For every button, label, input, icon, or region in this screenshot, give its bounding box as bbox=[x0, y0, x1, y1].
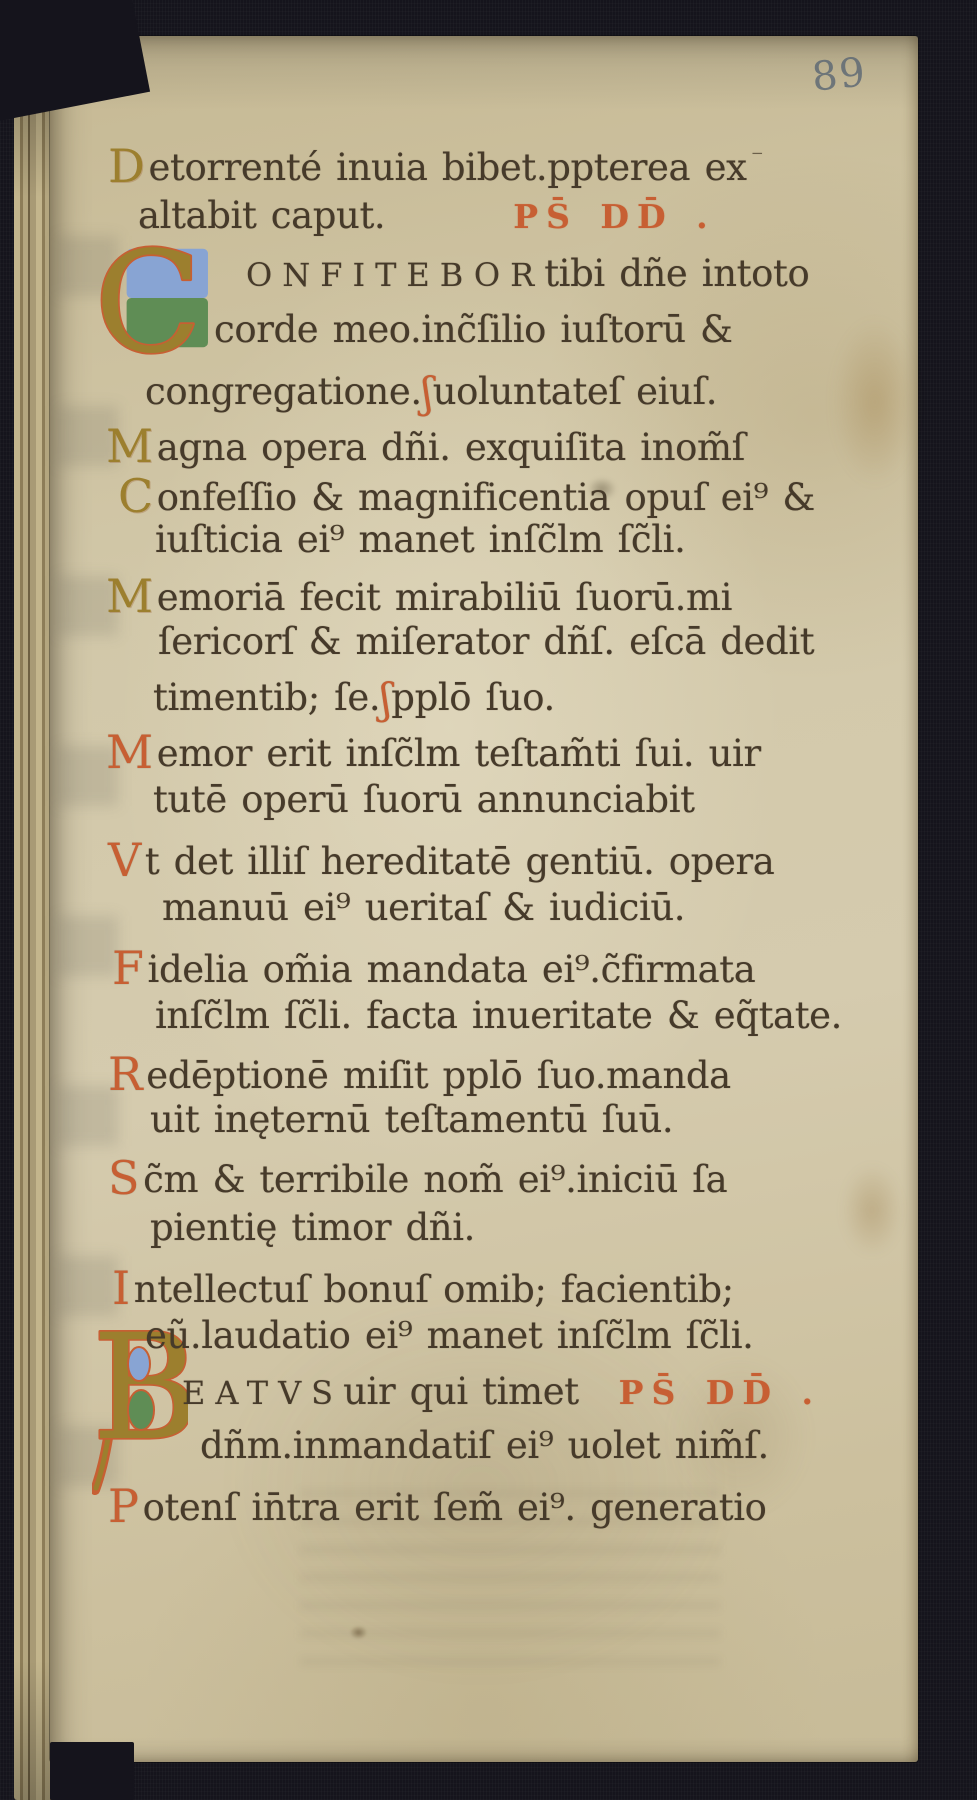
text-line: Magna opera dñi. exquiſita inom̃ſ bbox=[106, 421, 745, 467]
text-run: pplō ſuo. bbox=[391, 679, 555, 716]
verse-initial: D bbox=[108, 143, 144, 189]
text-line: EATVS uir qui timetPS̄ DD̄ . bbox=[182, 1373, 821, 1410]
text-line: altabit caput.PS̄ DD̄ . bbox=[138, 197, 716, 234]
text-run: emor erit inſc̃lm teſtam̃ti ſui. uir bbox=[157, 735, 761, 772]
verse-initial: M bbox=[106, 729, 153, 775]
text-line: Detorrenté inuia bibet.ppterea ex‾ bbox=[108, 141, 762, 187]
cloth-tab bbox=[50, 1742, 134, 1800]
verse-initial: C bbox=[118, 473, 153, 519]
text-run: etorrenté inuia bibet.ppterea ex bbox=[148, 149, 746, 186]
text-line: iuſticia ei⁹ manet inſc̃lm ſc̃li. bbox=[155, 521, 685, 558]
text-line: tutē operū ſuorū annunciabit bbox=[153, 781, 695, 818]
text-line: uit inęternū teſtamentū ſuū. bbox=[150, 1101, 673, 1138]
text-run: tutē operū ſuorū annunciabit bbox=[153, 781, 695, 818]
text-line: corde meo.inc̃ſilio iuſtorū & bbox=[214, 311, 733, 348]
text-run: uit inęternū teſtamentū ſuū. bbox=[150, 1101, 673, 1138]
text-line: S c̃m & terribile nom̃ ei⁹.iniciū ſa bbox=[108, 1153, 727, 1199]
text-run: otenſ in̄tra erit ſem̃ ei⁹. generatio bbox=[143, 1489, 767, 1526]
text-run: altabit caput. bbox=[138, 197, 385, 234]
text-run: ONFITEBOR bbox=[246, 259, 544, 291]
text-line: pientię timor dñi. bbox=[150, 1209, 475, 1246]
text-line: dñm.inmandatiſ ei⁹ uolet nim̃ſ. bbox=[200, 1427, 769, 1464]
text-line: Redēptionē miſit pplō ſuo.manda bbox=[108, 1049, 731, 1095]
text-line: congregatione.ʃuoluntateſ eiuſ. bbox=[145, 369, 717, 411]
text-run: emoriā fecit mirabiliū ſuorū.mi bbox=[157, 579, 732, 616]
manuscript-page: 89 C B Detorrenté inuia bibet.ppterea ex… bbox=[50, 36, 918, 1762]
text-run: timentib; ſe. bbox=[153, 679, 380, 716]
text-run: t det illiſ hereditatē gentiū. opera bbox=[145, 843, 775, 880]
verse-initial: V bbox=[108, 837, 141, 883]
text-run: EATVS bbox=[182, 1377, 343, 1409]
psalm-rubric: PS̄ DD̄ . bbox=[513, 200, 715, 233]
verse-initial: P bbox=[108, 1483, 139, 1529]
verse-initial: I bbox=[112, 1265, 130, 1311]
verse-mark: ʃ bbox=[422, 372, 433, 414]
verse-initial: M bbox=[106, 423, 153, 469]
text-run: corde meo.inc̃ſilio iuſtorū & bbox=[214, 311, 733, 348]
text-line: eũ.laudatio ei⁹ manet inſc̃lm ſc̃li. bbox=[145, 1317, 754, 1354]
book-page-edges bbox=[14, 58, 54, 1800]
text-run: inſc̃lm ſc̃li. facta inueritate & eq̃tat… bbox=[155, 997, 842, 1034]
verse-initial: S bbox=[108, 1155, 139, 1201]
text-line: ſericorſ & miſerator dñſ. eſcā dedit bbox=[158, 623, 814, 660]
verse-initial: M bbox=[106, 573, 153, 619]
photograph-backdrop: 89 C B Detorrenté inuia bibet.ppterea ex… bbox=[0, 0, 977, 1800]
text-run: agna opera dñi. exquiſita inom̃ſ bbox=[157, 429, 745, 466]
text-run: onfeſſio & magnificentia opuſ ei⁹ & bbox=[157, 479, 815, 516]
psalm-rubric: PS̄ DD̄ . bbox=[619, 1376, 821, 1409]
text-run: uoluntateſ eiuſ. bbox=[433, 373, 717, 410]
text-block: Detorrenté inuia bibet.ppterea ex‾altabi… bbox=[50, 36, 918, 1762]
text-run: dñm.inmandatiſ ei⁹ uolet nim̃ſ. bbox=[200, 1427, 769, 1464]
text-run: congregatione. bbox=[145, 373, 422, 410]
text-run: ſericorſ & miſerator dñſ. eſcā dedit bbox=[158, 623, 814, 660]
text-line: timentib; ſe.ʃpplō ſuo. bbox=[153, 675, 555, 717]
text-run: edēptionē miſit pplō ſuo.manda bbox=[146, 1057, 731, 1094]
text-line: inſc̃lm ſc̃li. facta inueritate & eq̃tat… bbox=[155, 997, 842, 1034]
text-run: idelia om̃ia mandata ei⁹.c̃firmata bbox=[148, 951, 756, 988]
text-line: Potenſ in̄tra erit ſem̃ ei⁹. generatio bbox=[108, 1481, 767, 1527]
text-run: tibi dñe intoto bbox=[544, 255, 809, 292]
text-run: ntellectuſ bonuſ omib; facientib; bbox=[134, 1271, 734, 1308]
text-run: iuſticia ei⁹ manet inſc̃lm ſc̃li. bbox=[155, 521, 685, 558]
text-line: Memoriā fecit mirabiliū ſuorū.mi bbox=[106, 571, 732, 617]
text-run: eũ.laudatio ei⁹ manet inſc̃lm ſc̃li. bbox=[145, 1317, 754, 1354]
text-line: ONFITEBOR tibi dñe intoto bbox=[246, 255, 809, 292]
text-line: manuū ei⁹ ueritaſ & iudiciū. bbox=[162, 889, 685, 926]
text-line: Confeſſio & magnificentia opuſ ei⁹ & bbox=[118, 471, 815, 517]
text-run: c̃m & terribile nom̃ ei⁹.iniciū ſa bbox=[143, 1161, 727, 1198]
text-run: manuū ei⁹ ueritaſ & iudiciū. bbox=[162, 889, 685, 926]
line-filler-mark: ‾ bbox=[753, 152, 762, 171]
text-line: Vt det illiſ hereditatē gentiū. opera bbox=[108, 835, 774, 881]
verse-mark: ʃ bbox=[380, 678, 391, 720]
text-line: Memor erit inſc̃lm teſtam̃ti ſui. uir bbox=[106, 727, 761, 773]
verse-initial: F bbox=[112, 945, 144, 991]
text-line: Fidelia om̃ia mandata ei⁹.c̃firmata bbox=[112, 943, 755, 989]
verse-initial: R bbox=[108, 1051, 142, 1097]
text-run: uir qui timet bbox=[343, 1373, 579, 1410]
text-line: I ntellectuſ bonuſ omib; facientib; bbox=[112, 1263, 734, 1309]
text-run: pientię timor dñi. bbox=[150, 1209, 475, 1246]
